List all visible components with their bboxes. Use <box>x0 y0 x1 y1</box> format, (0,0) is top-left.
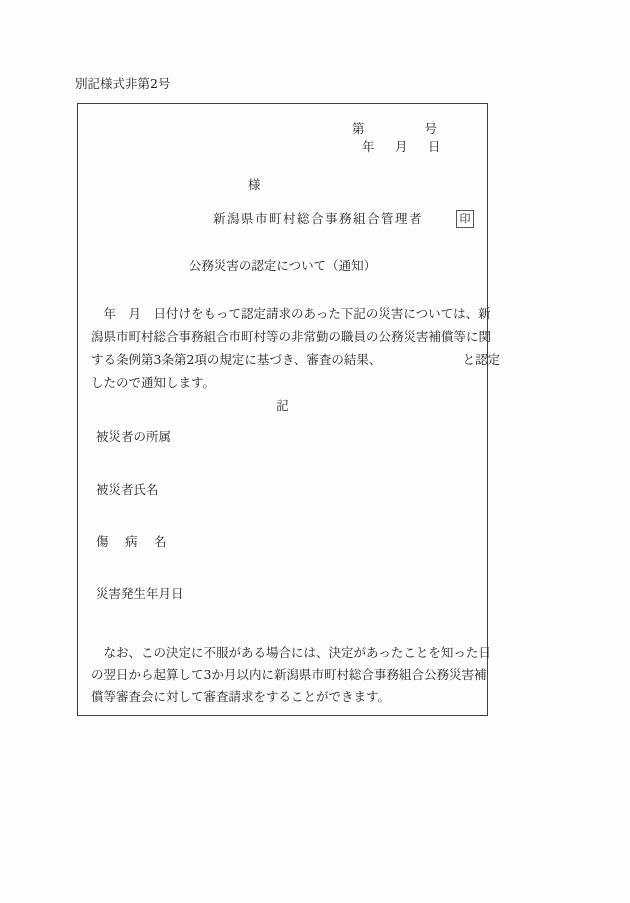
sender-name: 新潟県市町村総合事務組合管理者 <box>213 213 423 226</box>
document-title: 公務災害の認定について（通知） <box>78 260 487 273</box>
body-line: する条例第3条第2項の規定に基づき、審査の結果、 と認定 <box>91 348 483 371</box>
body-line: したので通知します。 <box>91 371 483 394</box>
doc-number-line: 第 号 <box>352 123 439 136</box>
seal-stamp: 印 <box>456 210 474 228</box>
form-number-label: 別記様式非第2号 <box>75 78 170 91</box>
document-page: 別記様式非第2号 第 号 年 月 日 様 新潟県市町村総合事務組合管理者 印 公… <box>0 0 630 903</box>
body-line: 年 月 日付けをもって認定請求のあった下記の災害については、新 <box>91 302 483 325</box>
doc-date-line: 年 月 日 <box>362 141 445 154</box>
record-marker: 記 <box>78 400 487 413</box>
document-frame: 第 号 年 月 日 様 新潟県市町村総合事務組合管理者 印 公務災害の認定につい… <box>77 103 488 716</box>
field-label-victim-affiliation: 被災者の所属 <box>96 431 171 444</box>
body-paragraph: 年 月 日付けをもって認定請求のあった下記の災害については、新 潟県市町村総合事… <box>91 302 483 394</box>
closing-line: の翌日から起算して3か月以内に新潟県市町村総合事務組合公務災害補 <box>91 664 483 686</box>
closing-line: なお、この決定に不服がある場合には、決定があったことを知った日 <box>91 642 483 664</box>
closing-line: 償等審査会に対して審査請求をすることができます。 <box>91 686 483 708</box>
field-label-disaster-date: 災害発生年月日 <box>96 588 184 601</box>
field-label-victim-name: 被災者氏名 <box>96 484 159 497</box>
closing-paragraph: なお、この決定に不服がある場合には、決定があったことを知った日 の翌日から起算し… <box>91 642 483 708</box>
recipient-honorific: 様 <box>248 179 261 192</box>
body-line: 潟県市町村総合事務組合市町村等の非常勤の職員の公務災害補償等に関 <box>91 325 483 348</box>
field-label-injury-name: 傷 病 名 <box>96 536 169 549</box>
